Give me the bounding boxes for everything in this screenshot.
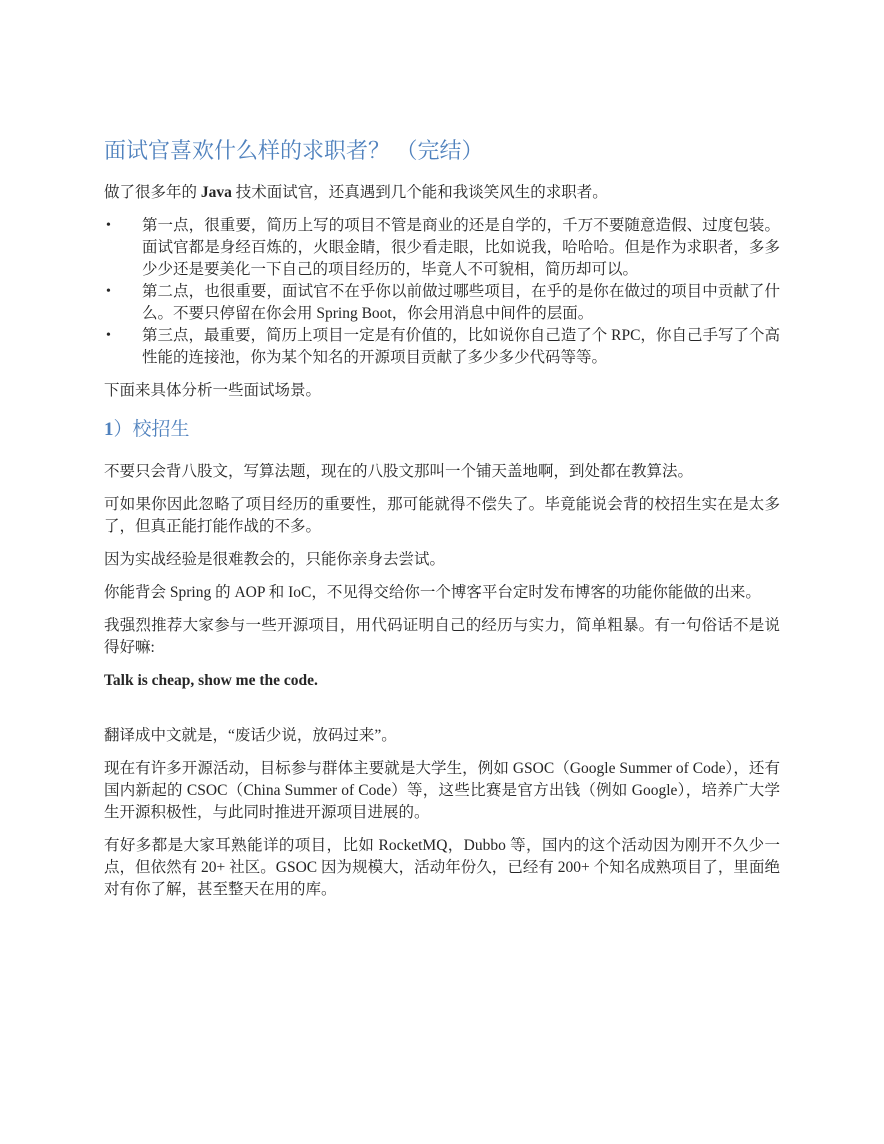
text-run: ）校招生: [114, 419, 190, 440]
paragraph: 因为实战经验是很难教会的，只能你亲身去尝试。: [104, 549, 780, 571]
text-run: 不要只会背八股文，写算法题，现在的八股文那叫一个铺天盖地啊，到处都在教算法。: [104, 463, 693, 480]
bullet-item: •第二点，也很重要，面试官不在乎你以前做过哪些项目，在乎的是你在做过的项目中贡献…: [104, 281, 780, 325]
paragraph: 现在有许多开源活动，目标参与群体主要就是大学生，例如 GSOC（Google S…: [104, 758, 780, 824]
text-run: 做了很多年的: [104, 184, 201, 201]
bullet-marker: •: [104, 325, 142, 369]
text-run: 因为实战经验是很难教会的，只能你亲身去尝试。: [104, 551, 445, 568]
bullet-list: •第一点，很重要，简历上写的项目不管是商业的还是自学的，千万不要随意造假、过度包…: [104, 215, 780, 369]
text-run: 下面来具体分析一些面试场景。: [104, 382, 321, 399]
bold-text: Java: [201, 184, 232, 201]
bullet-marker: •: [104, 215, 142, 281]
text-run: 有好多都是大家耳熟能详的项目，比如 RocketMQ，Dubbo 等，国内的这个…: [104, 837, 780, 898]
paragraph: 翻译成中文就是，“废话少说，放码过来”。: [104, 725, 780, 747]
text-run: 技术面试官，还真遇到几个能和我谈笑风生的求职者。: [232, 184, 608, 201]
text-run: 第一点，很重要，简历上写的项目不管是商业的还是自学的，千万不要随意造假、过度包装…: [142, 217, 780, 278]
bullet-text: 第一点，很重要，简历上写的项目不管是商业的还是自学的，千万不要随意造假、过度包装…: [142, 215, 780, 281]
document-body: 做了很多年的 Java 技术面试官，还真遇到几个能和我谈笑风生的求职者。•第一点…: [104, 182, 780, 901]
text-run: 现在有许多开源活动，目标参与群体主要就是大学生，例如 GSOC（Google S…: [104, 760, 780, 821]
bold-text: Talk is cheap, show me the code.: [104, 672, 318, 689]
paragraph: 做了很多年的 Java 技术面试官，还真遇到几个能和我谈笑风生的求职者。: [104, 182, 780, 204]
paragraph: 我强烈推荐大家参与一些开源项目，用代码证明自己的经历与实力，简单粗暴。有一句俗话…: [104, 615, 780, 659]
text-run: 翻译成中文就是，“废话少说，放码过来”。: [104, 727, 397, 744]
document-title: 面试官喜欢什么样的求职者？ （完结）: [104, 136, 780, 166]
paragraph: 不要只会背八股文，写算法题，现在的八股文那叫一个铺天盖地啊，到处都在教算法。: [104, 461, 780, 483]
paragraph: 你能背会 Spring 的 AOP 和 IoC，不见得交给你一个博客平台定时发布…: [104, 582, 780, 604]
text-run: 可如果你因此忽略了项目经历的重要性，那可能就得不偿失了。毕竟能说会背的校招生实在…: [104, 496, 780, 535]
bullet-marker: •: [104, 281, 142, 325]
paragraph: 可如果你因此忽略了项目经历的重要性，那可能就得不偿失了。毕竟能说会背的校招生实在…: [104, 494, 780, 538]
bullet-text: 第二点，也很重要，面试官不在乎你以前做过哪些项目，在乎的是你在做过的项目中贡献了…: [142, 281, 780, 325]
paragraph: 有好多都是大家耳熟能详的项目，比如 RocketMQ，Dubbo 等，国内的这个…: [104, 835, 780, 901]
text-run: 第二点，也很重要，面试官不在乎你以前做过哪些项目，在乎的是你在做过的项目中贡献了…: [142, 283, 780, 322]
bold-text: 1: [104, 419, 114, 440]
text-run: 我强烈推荐大家参与一些开源项目，用代码证明自己的经历与实力，简单粗暴。有一句俗话…: [104, 617, 780, 656]
text-run: 第三点，最重要，简历上项目一定是有价值的，比如说你自己造了个 RPC，你自己手写…: [142, 327, 780, 366]
quote-line: Talk is cheap, show me the code.: [104, 670, 780, 692]
bullet-item: •第一点，很重要，简历上写的项目不管是商业的还是自学的，千万不要随意造假、过度包…: [104, 215, 780, 281]
bullet-item: •第三点，最重要，简历上项目一定是有价值的，比如说你自己造了个 RPC，你自己手…: [104, 325, 780, 369]
section-heading: 1）校招生: [104, 417, 780, 443]
paragraph: 下面来具体分析一些面试场景。: [104, 380, 780, 402]
text-run: 你能背会 Spring 的 AOP 和 IoC，不见得交给你一个博客平台定时发布…: [104, 584, 761, 601]
blank-line: [104, 703, 780, 725]
document-page: 面试官喜欢什么样的求职者？ （完结） 做了很多年的 Java 技术面试官，还真遇…: [0, 0, 884, 1144]
bullet-text: 第三点，最重要，简历上项目一定是有价值的，比如说你自己造了个 RPC，你自己手写…: [142, 325, 780, 369]
